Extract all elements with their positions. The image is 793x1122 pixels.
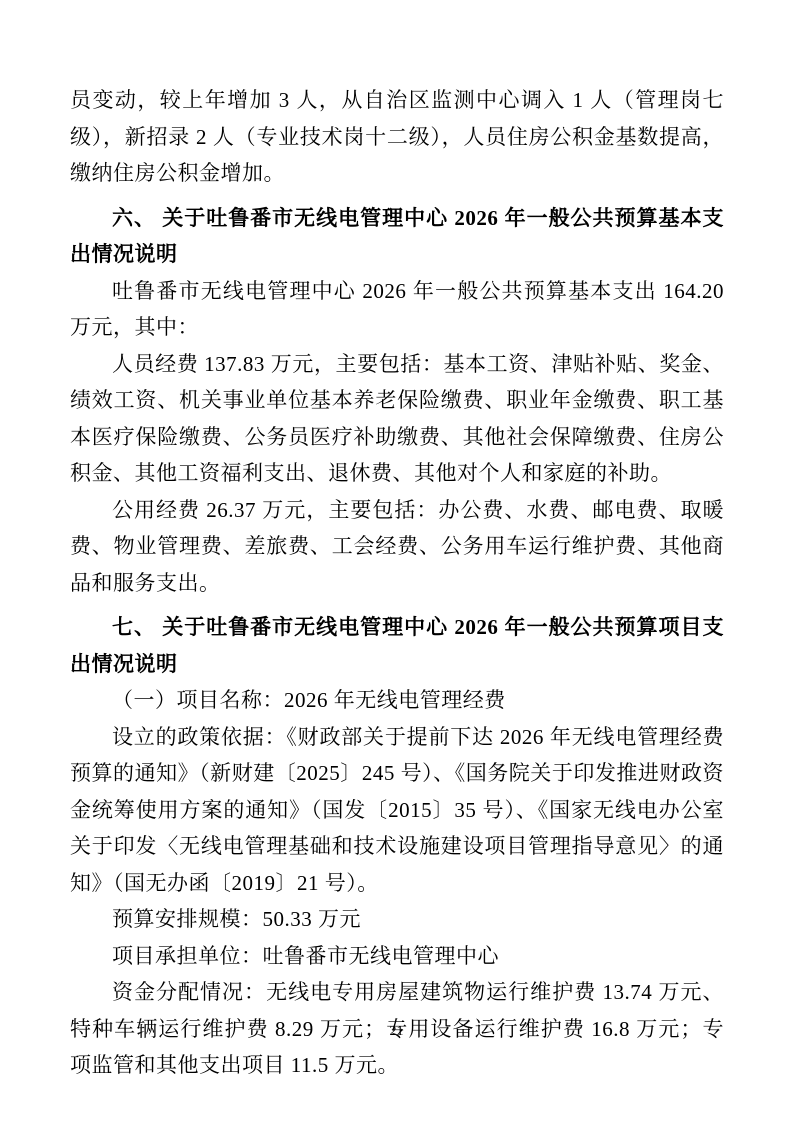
paragraph-basic-expenditure-total: 吐鲁番市无线电管理中心 2026 年一般公共预算基本支出 164.20 万元，其…	[70, 273, 724, 346]
paragraph-project-name: （一）项目名称：2026 年无线电管理经费	[70, 682, 724, 719]
document-body: 员变动，较上年增加 3 人，从自治区监测中心调入 1 人（管理岗七级），新招录 …	[70, 82, 724, 1084]
paragraph-public-expenses: 公用经费 26.37 万元，主要包括：办公费、水费、邮电费、取暖费、物业管理费、…	[70, 492, 724, 602]
section-heading-seven-project-expenditure: 七、 关于吐鲁番市无线电管理中心 2026 年一般公共预算项目支出情况说明	[70, 609, 724, 682]
paragraph-staff-changes-continued: 员变动，较上年增加 3 人，从自治区监测中心调入 1 人（管理岗七级），新招录 …	[70, 82, 724, 192]
paragraph-policy-basis: 设立的政策依据：《财政部关于提前下达 2026 年无线电管理经费预算的通知》（新…	[70, 719, 724, 902]
paragraph-undertaking-unit: 项目承担单位：吐鲁番市无线电管理中心	[70, 938, 724, 975]
page-number: 21	[0, 1024, 793, 1040]
section-heading-six-basic-expenditure: 六、 关于吐鲁番市无线电管理中心 2026 年一般公共预算基本支出情况说明	[70, 200, 724, 273]
paragraph-budget-scale: 预算安排规模：50.33 万元	[70, 901, 724, 938]
document-page: 员变动，较上年增加 3 人，从自治区监测中心调入 1 人（管理岗七级），新招录 …	[0, 0, 793, 1122]
paragraph-personnel-expenses: 人员经费 137.83 万元，主要包括：基本工资、津贴补贴、奖金、绩效工资、机关…	[70, 346, 724, 492]
